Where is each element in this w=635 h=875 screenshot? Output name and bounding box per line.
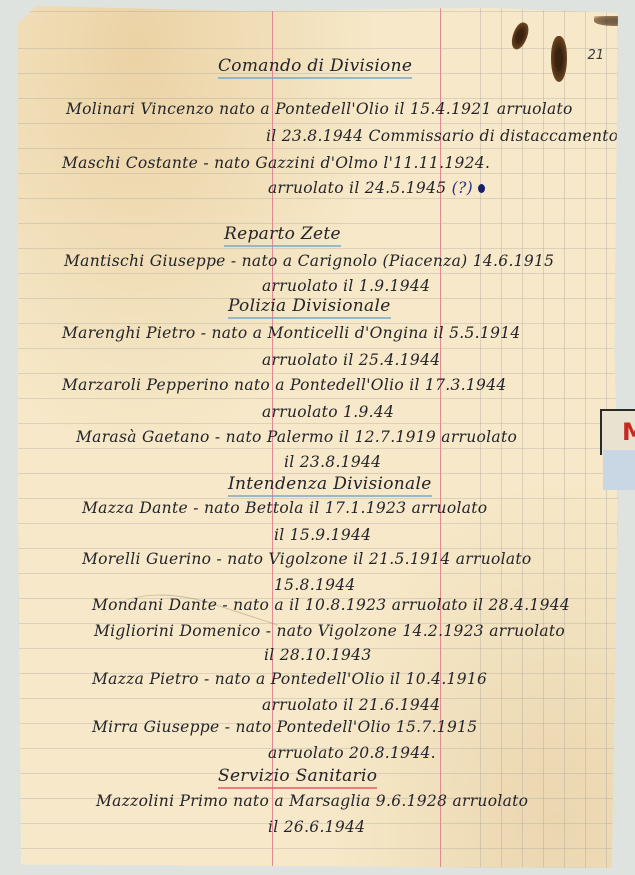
index-tab-backing: [603, 450, 635, 490]
heading-text: Reparto Zete: [224, 224, 341, 247]
entry-line: Maschi Costante - nato Gazzini d'Olmo l'…: [62, 154, 490, 172]
ink-blot: [551, 36, 567, 82]
entry-line: Mantischi Giuseppe - nato a Carignolo (P…: [64, 252, 554, 270]
section-heading: Comando di Divisione: [218, 56, 412, 76]
entry-line: Mazza Dante - nato Bettola il 17.1.1923 …: [82, 499, 487, 517]
entry-line: Morelli Guerino - nato Vigolzone il 21.5…: [82, 550, 532, 568]
entry-line: Marzaroli Pepperino nato a Pontedell'Oli…: [62, 376, 507, 394]
section-heading: Reparto Zete: [224, 224, 341, 244]
ink-blot: [594, 16, 634, 26]
entry-line: il 23.8.1944 Commissario di distaccament…: [266, 127, 618, 145]
section-heading: Polizia Divisionale: [228, 296, 391, 316]
entry-line: arruolato il 21.6.1944: [262, 696, 440, 714]
heading-text: Polizia Divisionale: [228, 296, 391, 319]
entry-line: arruolato il 1.9.1944: [262, 277, 430, 295]
entry-line: Mondani Dante - nato a il 10.8.1923 arru…: [92, 596, 570, 614]
entry-line: arruolato il 25.4.1944: [262, 351, 440, 369]
entry-line: il 23.8.1944: [284, 453, 381, 471]
entry-line: Marasà Gaetano - nato Palermo il 12.7.19…: [76, 428, 517, 446]
heading-text: Comando di Divisione: [218, 56, 412, 79]
entry-line: arruolato 1.9.44: [262, 403, 394, 421]
query-annotation: (?): [452, 179, 473, 197]
entry-line: arruolato 20.8.1944.: [268, 744, 436, 762]
entry-line: il 15.9.1944: [274, 526, 371, 544]
entry-line: Marenghi Pietro - nato a Monticelli d'On…: [62, 324, 521, 342]
heading-text: Servizio Sanitario: [218, 766, 377, 789]
entry-line: Mazza Pietro - nato a Pontedell'Olio il …: [92, 670, 487, 688]
entry-line: Molinari Vincenzo nato a Pontedell'Olio …: [66, 100, 573, 118]
entry-line: 15.8.1944: [274, 576, 356, 594]
entry-line: Mirra Giuseppe - nato Pontedell'Olio 15.…: [92, 718, 477, 736]
handwritten-page: 21 Comando di Divisione Molinari Vincenz…: [18, 6, 618, 868]
entry-line: Mazzolini Primo nato a Marsaglia 9.6.192…: [96, 792, 528, 810]
ink-dot: [478, 184, 485, 193]
entry-text: arruolato il 24.5.1945: [268, 179, 446, 197]
entry-line: il 26.6.1944: [268, 818, 365, 836]
page-number: 21: [587, 48, 604, 63]
heading-text: Intendenza Divisionale: [228, 474, 432, 497]
entry-line: arruolato il 24.5.1945 (?): [268, 179, 485, 197]
section-heading: Intendenza Divisionale: [228, 474, 432, 494]
index-tab-letter: M: [622, 418, 635, 446]
section-heading: Servizio Sanitario: [218, 766, 377, 786]
entry-line: Migliorini Domenico - nato Vigolzone 14.…: [94, 622, 565, 640]
entry-line: il 28.10.1943: [264, 646, 372, 664]
